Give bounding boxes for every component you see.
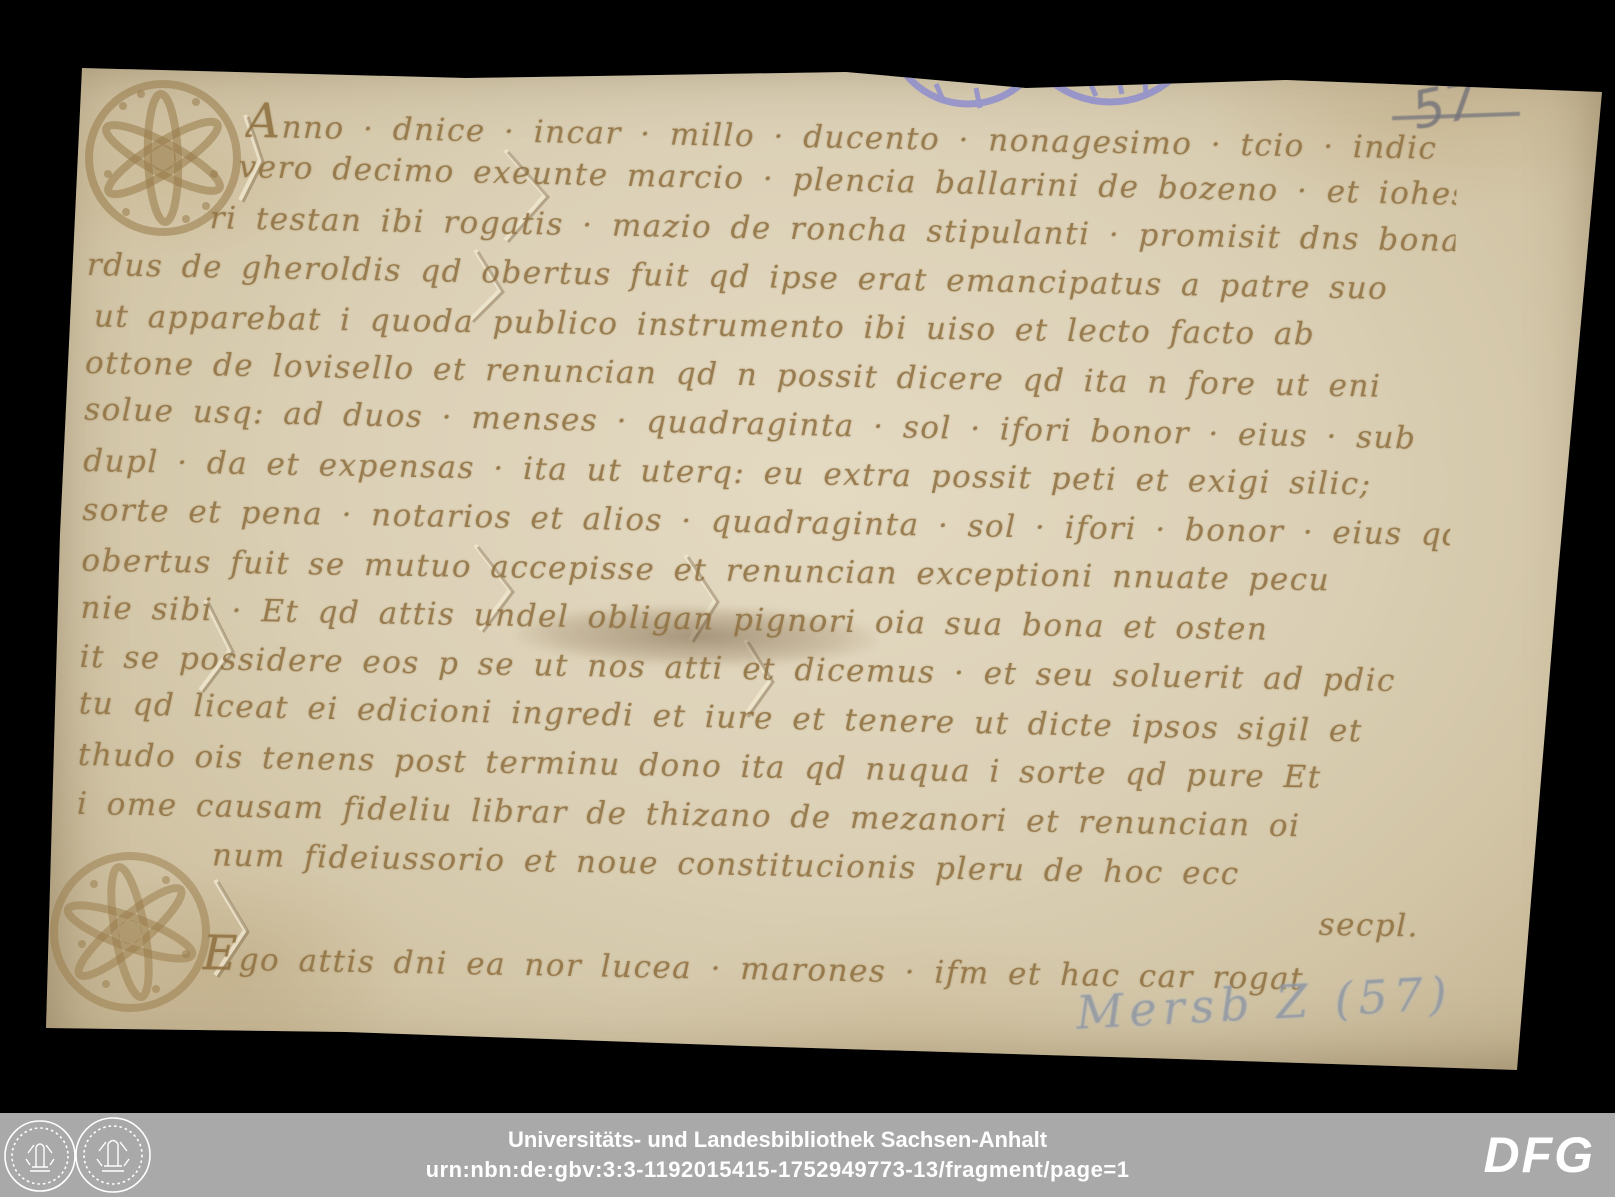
library-name: Universitäts- und Landesbibliothek Sachs…	[170, 1125, 1385, 1155]
manuscript-text: Anno · dnice · incar · millo · ducento ·…	[74, 94, 1458, 1001]
manuscript-fragment: Anno · dnice · incar · millo · ducento ·…	[46, 54, 1606, 1072]
library-seals	[0, 1113, 170, 1197]
dfg-logo: DFG	[1385, 1126, 1615, 1184]
blue-stamp-arcs	[888, 54, 1204, 108]
urn-identifier: urn:nbn:de:gbv:3:3-1192015415-1752949773…	[170, 1155, 1385, 1185]
scan-stage: Anno · dnice · incar · millo · ducento ·…	[0, 0, 1615, 1197]
library-seal-icons	[0, 1113, 170, 1197]
library-footer-bar: Universitäts- und Landesbibliothek Sachs…	[0, 1113, 1615, 1197]
footer-text-block: Universitäts- und Landesbibliothek Sachs…	[170, 1125, 1385, 1185]
